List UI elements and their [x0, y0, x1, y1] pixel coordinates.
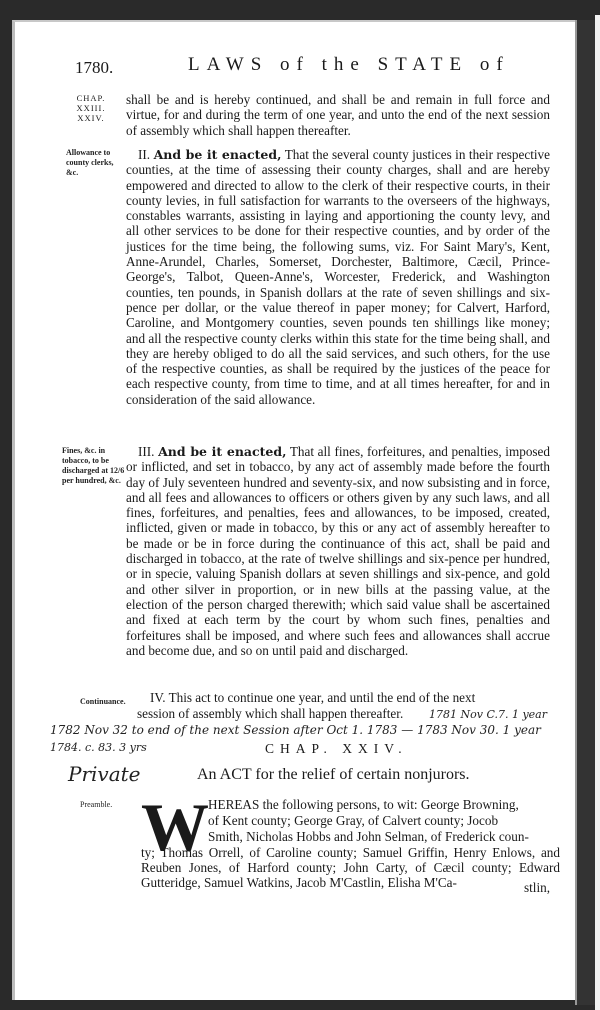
scan-edge: [575, 20, 597, 1005]
chap-label: CHAP.: [63, 93, 119, 103]
margin-note-preamble: Preamble.: [80, 800, 112, 810]
section-3-text: That all fines, forfeitures, and penalti…: [126, 444, 550, 658]
margin-note-continuance: Continuance.: [80, 697, 126, 707]
preamble-line-3-text: Smith, Nicholas Hobbs and John Selman, o…: [208, 829, 529, 844]
preamble-line-3: Smith, Nicholas Hobbs and John Selman, o…: [208, 829, 560, 844]
preamble-line-2: of Kent county; George Gray, of Calvert …: [208, 813, 560, 828]
chap-numbers: XXIII. XXIV.: [63, 103, 119, 123]
preamble-line-1: HEREAS the following persons, to wit: Ge…: [208, 797, 560, 812]
preamble-body: ty; Thomas Orrell, of Caroline county; S…: [141, 845, 560, 891]
handwritten-note-line2: 1782 Nov 32 to end of the next Session a…: [50, 723, 541, 737]
preamble-line-1-text: HEREAS the following persons, to wit: Ge…: [208, 797, 519, 812]
preamble-tail: stlin,: [524, 880, 550, 896]
handwritten-note-inline: 1781 Nov C.7. 1 year: [429, 708, 547, 721]
running-title: LAWS of the STATE of: [188, 54, 510, 76]
preamble-line-2-text: of Kent county; George Gray, of Calvert …: [208, 813, 498, 828]
margin-chap-label: CHAP. XXIII. XXIV.: [63, 93, 119, 123]
section-4-line2: session of assembly which shall happen t…: [137, 706, 403, 722]
section-2-enacting: And be it enacted,: [154, 147, 282, 162]
act-title: An ACT for the relief of certain nonjuro…: [197, 766, 470, 784]
section-3-number: III.: [138, 444, 154, 459]
section-2-text: That the several county justices in thei…: [126, 147, 550, 407]
margin-note-fines: Fines, &c. in tobacco, to be discharged …: [62, 446, 126, 486]
margin-note-allowance: Allowance to county clerks, &c.: [66, 148, 124, 178]
scan-edge-light: [595, 15, 600, 1010]
page-year: 1780.: [75, 58, 113, 78]
section-3: III. And be it enacted, That all fines, …: [126, 444, 550, 658]
section-2: II. And be it enacted, That the several …: [126, 147, 550, 407]
section-3-enacting: And be it enacted,: [158, 444, 286, 459]
chapter-heading: CHAP. XXIV.: [265, 741, 408, 757]
handwritten-private: Private: [68, 762, 141, 786]
section-4-line1: IV. This act to continue one year, and u…: [150, 690, 475, 706]
handwritten-note-line3: 1784. c. 83. 3 yrs: [50, 741, 147, 754]
section-2-number: II.: [138, 147, 150, 162]
continued-paragraph: shall be and is hereby continued, and sh…: [126, 92, 550, 138]
